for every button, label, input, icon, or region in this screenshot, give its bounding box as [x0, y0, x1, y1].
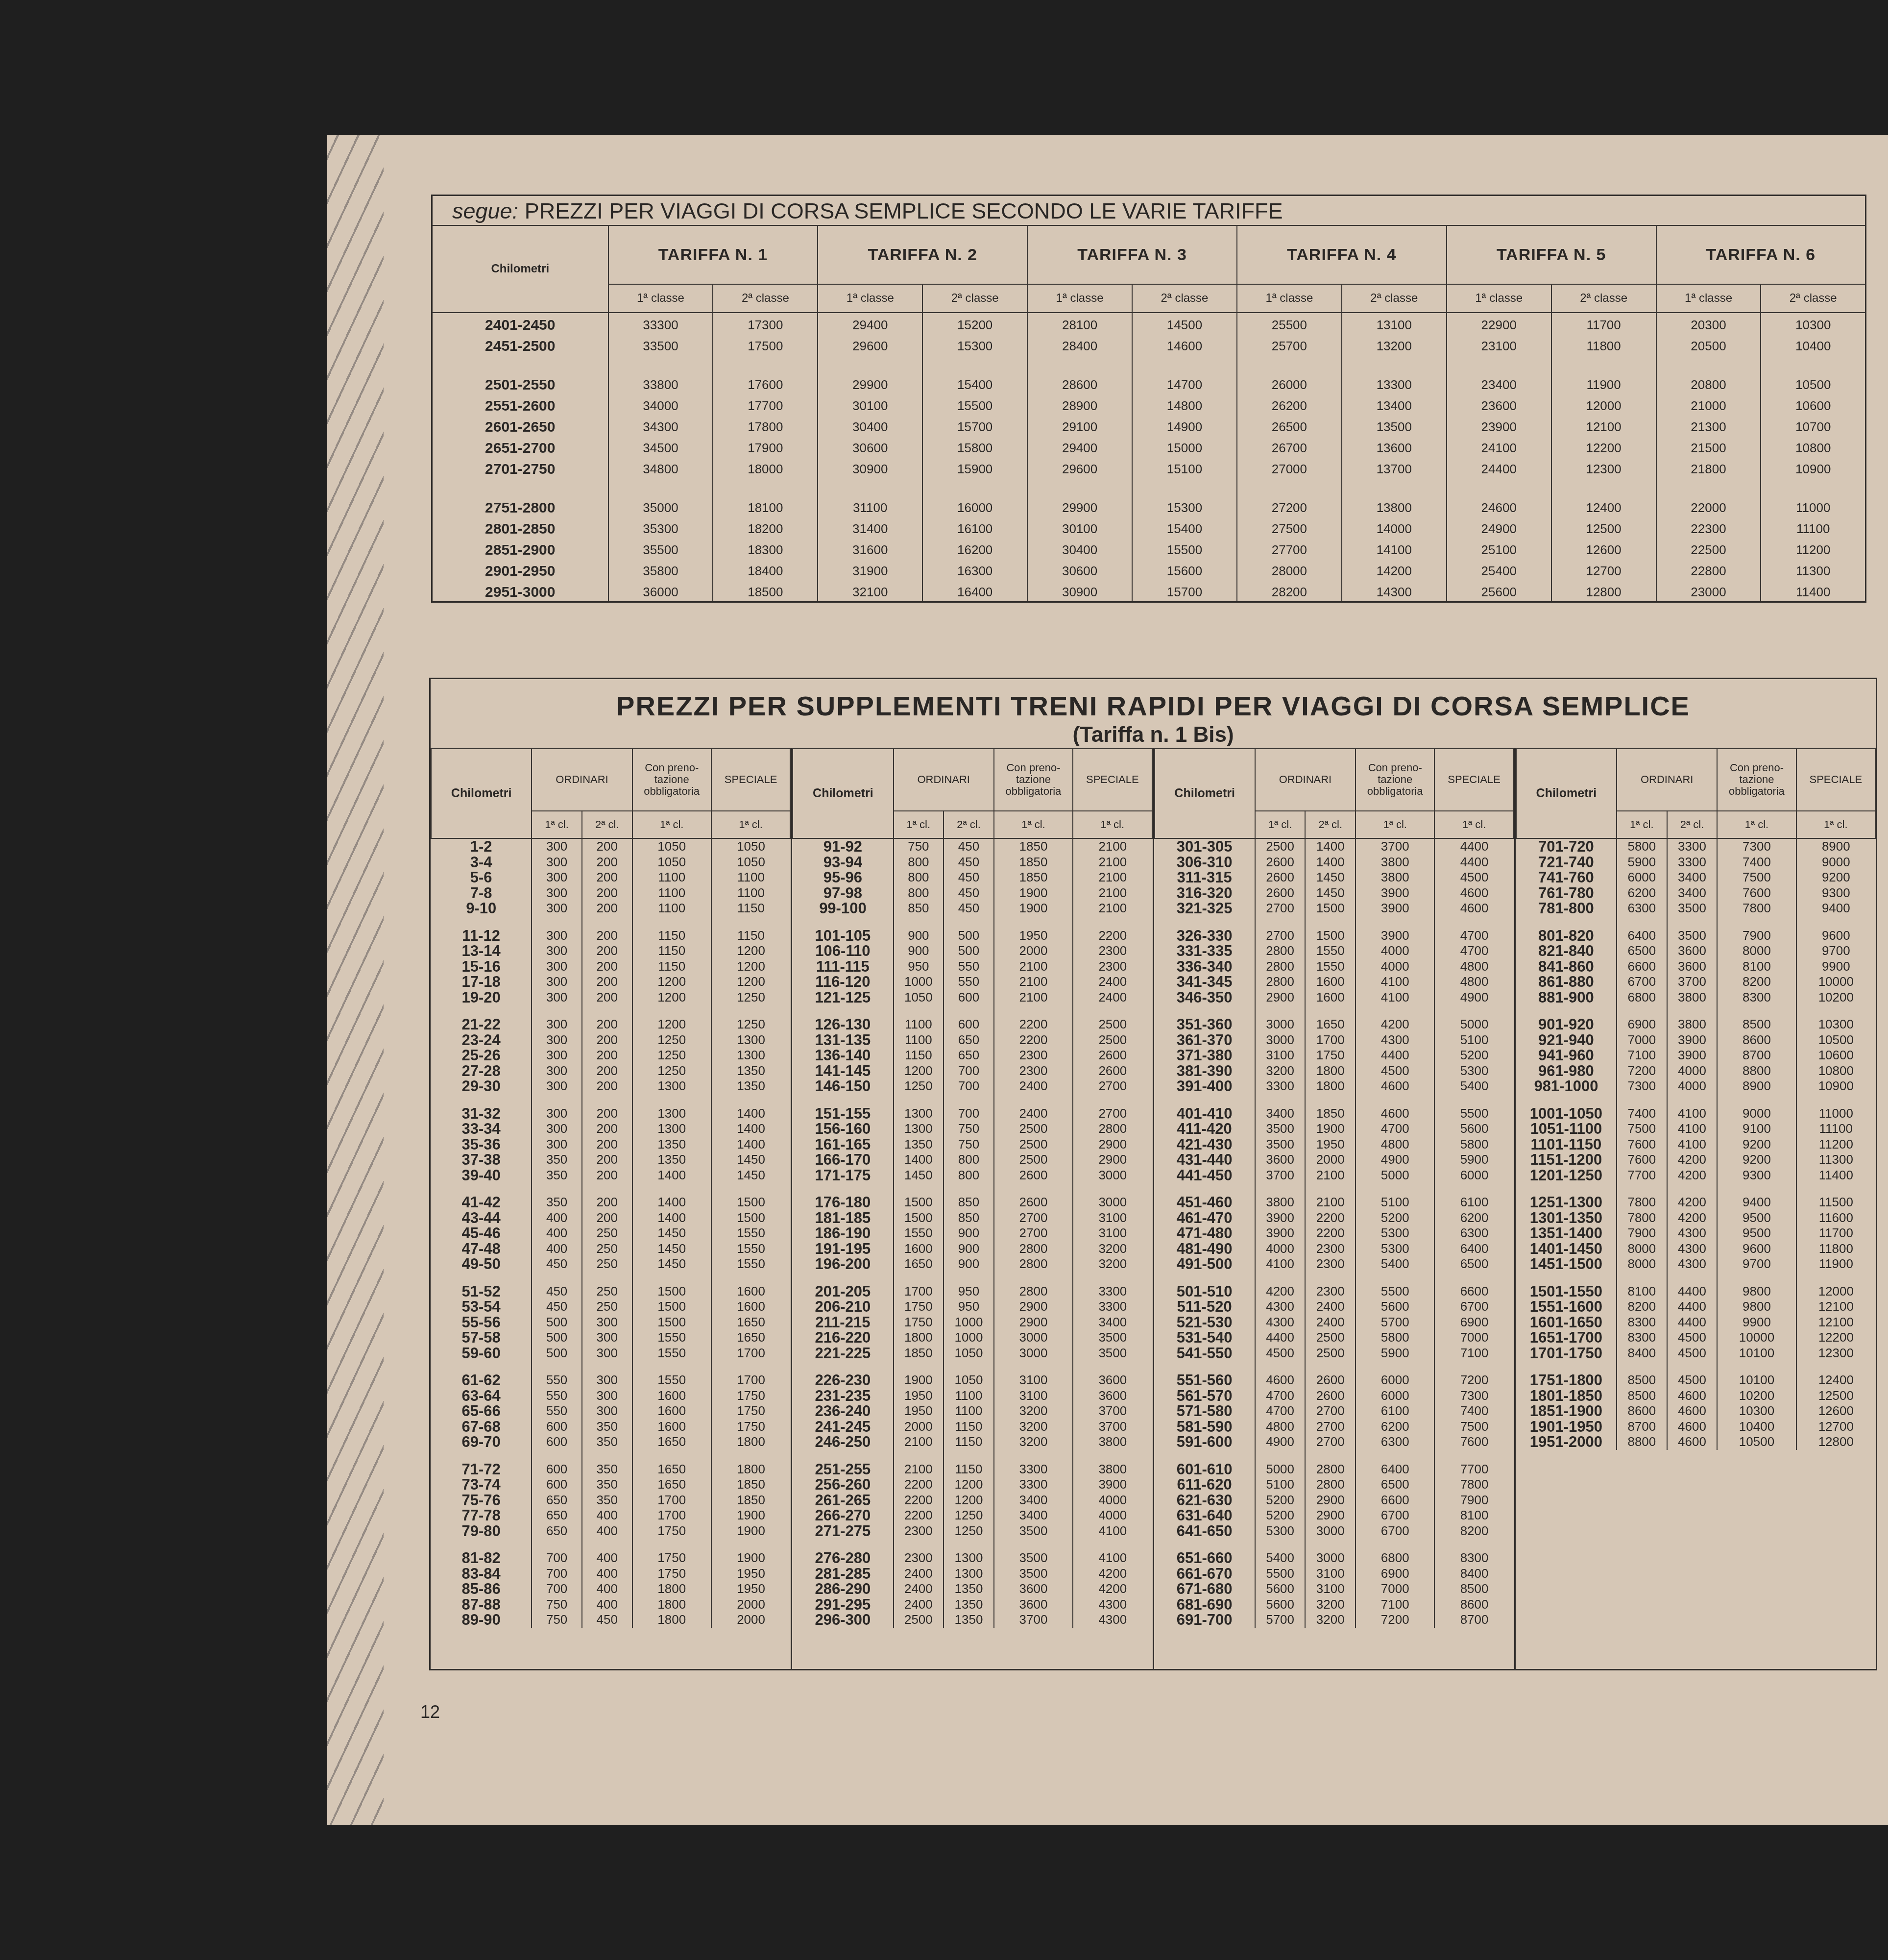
price-cell: 1350: [894, 1137, 944, 1152]
price-cell: 900: [944, 1225, 994, 1241]
km-range: 341-345: [1155, 974, 1255, 990]
km-range: 59-60: [431, 1346, 532, 1361]
price-cell: 31900: [818, 559, 922, 580]
price-cell: 200: [582, 990, 632, 1005]
price-cell: 3700: [994, 1612, 1073, 1628]
km-range: 211-215: [793, 1315, 893, 1330]
price-cell: 7600: [1434, 1434, 1513, 1450]
price-cell: 7600: [1717, 885, 1796, 901]
price-cell: 750: [894, 838, 944, 855]
price-cell: 1200: [632, 990, 711, 1005]
km-range: 316-320: [1155, 885, 1255, 901]
price-cell: 6700: [1355, 1523, 1434, 1539]
table-row: 611-6205100280065007800: [1155, 1477, 1514, 1493]
price-cell: 4800: [1255, 1419, 1306, 1435]
price-cell: 450: [944, 885, 994, 901]
price-cell: 1900: [894, 1372, 944, 1388]
table-row: 141-145120070023002600: [793, 1063, 1152, 1079]
price-cell: 13700: [1342, 457, 1447, 478]
price-cell: 15200: [922, 313, 1027, 334]
price-cell: 1400: [632, 1168, 711, 1183]
table-row: 901-92069003800850010300: [1516, 1017, 1875, 1032]
price-cell: 1100: [711, 870, 790, 885]
table-row: 761-7806200340076009300: [1516, 885, 1875, 901]
price-cell: 12000: [1796, 1284, 1875, 1299]
price-cell: 1500: [894, 1195, 944, 1210]
ordinari-header: ORDINARI: [532, 748, 632, 811]
table-row: 1601-165083004400990012100: [1516, 1315, 1875, 1330]
table-row: 1851-1900860046001030012600: [1516, 1403, 1875, 1419]
table-row: 81-8270040017501900: [431, 1550, 790, 1566]
km-range: 191-195: [793, 1241, 893, 1257]
table-row: 156-160130075025002800: [793, 1121, 1152, 1137]
price-cell: 4400: [1434, 838, 1513, 855]
table-row: 461-4703900220052006200: [1155, 1210, 1514, 1226]
price-cell: 2400: [894, 1597, 944, 1613]
table-row: 226-2301900105031003600: [793, 1372, 1152, 1388]
price-cell: 800: [894, 885, 944, 901]
price-cell: 1400: [1305, 838, 1355, 855]
price-cell: 3600: [1255, 1152, 1306, 1168]
price-cell: 1900: [711, 1523, 790, 1539]
price-cell: 29600: [818, 334, 922, 355]
km-range: 87-88: [431, 1597, 532, 1613]
price-cell: 200: [582, 1078, 632, 1094]
km-range: 27-28: [431, 1063, 532, 1079]
price-cell: 2600: [1305, 1372, 1355, 1388]
price-cell: 4000: [1355, 959, 1434, 975]
table-row: 17-1830020012001200: [431, 974, 790, 990]
table-row: 271-2752300125035004100: [793, 1523, 1152, 1539]
price-cell: 15900: [922, 457, 1027, 478]
price-cell: 300: [532, 959, 582, 975]
km-range: 33-34: [431, 1121, 532, 1137]
price-cell: 2900: [994, 1315, 1073, 1330]
price-cell: 10000: [1717, 1330, 1796, 1346]
price-cell: 1950: [1305, 1137, 1355, 1152]
price-cell: 1750: [1305, 1048, 1355, 1063]
table-row: 151-155130070024002700: [793, 1106, 1152, 1122]
table-row: 23-2430020012501300: [431, 1032, 790, 1048]
table-row: 2801-28503530018200314001610030100154002…: [432, 517, 1866, 538]
price-cell: 2700: [1255, 928, 1306, 944]
price-cell: 4100: [1667, 1106, 1718, 1122]
price-cell: 2700: [1073, 1078, 1152, 1094]
price-cell: 15300: [922, 334, 1027, 355]
table-row: 91-9275045018502100: [793, 838, 1152, 855]
price-cell: 4800: [1355, 1137, 1434, 1152]
price-cell: 12500: [1551, 517, 1656, 538]
price-cell: 8600: [1717, 1032, 1796, 1048]
km-range: 241-245: [793, 1419, 893, 1435]
price-cell: 3300: [994, 1477, 1073, 1493]
price-cell: 4500: [1667, 1372, 1718, 1388]
price-cell: 950: [944, 1284, 994, 1299]
table-row: 31-3230020013001400: [431, 1106, 790, 1122]
price-cell: 600: [532, 1462, 582, 1477]
table-row: 251-2552100115033003800: [793, 1462, 1152, 1477]
price-cell: 6700: [1355, 1508, 1434, 1523]
price-cell: 9600: [1717, 1241, 1796, 1257]
price-cell: 1550: [711, 1241, 790, 1257]
price-cell: 1350: [944, 1612, 994, 1628]
price-cell: 3400: [994, 1493, 1073, 1508]
price-cell: 550: [944, 974, 994, 990]
price-cell: 3300: [994, 1462, 1073, 1477]
price-cell: 1550: [632, 1346, 711, 1361]
km-range: 45-46: [431, 1225, 532, 1241]
price-cell: 1600: [1305, 974, 1355, 990]
table-row: 181-185150085027003100: [793, 1210, 1152, 1226]
price-cell: 9800: [1717, 1284, 1796, 1299]
price-cell: 4600: [1355, 1106, 1434, 1122]
price-cell: 3900: [1355, 885, 1434, 901]
price-cell: 8600: [1617, 1403, 1667, 1419]
first-class-header: 1ª cl.: [1617, 811, 1667, 838]
price-cell: 10300: [1761, 313, 1865, 334]
km-range: 1151-1200: [1516, 1152, 1617, 1168]
km-range: 231-235: [793, 1388, 893, 1404]
table-row: 881-90068003800830010200: [1516, 990, 1875, 1005]
price-cell: 6000: [1355, 1388, 1434, 1404]
price-cell: 2000: [711, 1612, 790, 1628]
price-cell: 20300: [1656, 313, 1761, 334]
price-cell: 25700: [1237, 334, 1342, 355]
price-cell: 800: [944, 1152, 994, 1168]
km-range: 85-86: [431, 1581, 532, 1597]
price-cell: 4400: [1255, 1330, 1306, 1346]
price-cell: 14700: [1132, 373, 1237, 394]
table-row: 196-200165090028003200: [793, 1256, 1152, 1272]
price-cell: 4200: [1667, 1195, 1718, 1210]
price-cell: 2500: [894, 1612, 944, 1628]
price-cell: 200: [582, 1106, 632, 1122]
km-range: 741-760: [1516, 870, 1617, 885]
km-range: 671-680: [1155, 1581, 1255, 1597]
price-cell: 2400: [1305, 1315, 1355, 1330]
km-range: 2401-2450: [432, 313, 608, 334]
price-cell: 250: [582, 1256, 632, 1272]
price-cell: 7100: [1434, 1346, 1513, 1361]
price-cell: 4100: [1255, 1256, 1306, 1272]
price-cell: 24400: [1447, 457, 1551, 478]
price-cell: 3000: [994, 1346, 1073, 1361]
table-row: 671-6805600310070008500: [1155, 1581, 1514, 1597]
price-cell: 3400: [1667, 870, 1718, 885]
km-range: 2651-2700: [432, 436, 608, 457]
table-row: 261-2652200120034004000: [793, 1493, 1152, 1508]
price-cell: 700: [944, 1078, 994, 1094]
price-cell: 6200: [1617, 885, 1667, 901]
km-range: 146-150: [793, 1078, 893, 1094]
price-cell: 8800: [1617, 1434, 1667, 1450]
price-cell: 850: [894, 901, 944, 916]
price-cell: 2500: [1305, 1330, 1355, 1346]
price-cell: 4100: [1073, 1523, 1152, 1539]
price-cell: 1650: [632, 1462, 711, 1477]
km-header: Chilometri: [793, 748, 893, 838]
price-cell: 30100: [1027, 517, 1132, 538]
ordinari-header: ORDINARI: [894, 748, 994, 811]
price-cell: 13800: [1342, 496, 1447, 517]
price-cell: 5000: [1355, 1168, 1434, 1183]
price-cell: 1350: [711, 1063, 790, 1079]
price-cell: 11100: [1796, 1121, 1875, 1137]
table-row: 35-3630020013501400: [431, 1137, 790, 1152]
table-row: 491-5004100230054006500: [1155, 1256, 1514, 1272]
table-row: 63-6455030016001750: [431, 1388, 790, 1404]
first-class-header: 1ª cl.: [1355, 811, 1434, 838]
km-range: 981-1000: [1516, 1078, 1617, 1094]
price-cell: 800: [894, 870, 944, 885]
price-cell: 2700: [994, 1225, 1073, 1241]
table-row: 146-150125070024002700: [793, 1078, 1152, 1094]
price-cell: 9100: [1717, 1121, 1796, 1137]
price-cell: 5100: [1434, 1032, 1513, 1048]
second-class-header: 2ª classe: [922, 284, 1027, 313]
table-row: 801-8206400350079009600: [1516, 928, 1875, 944]
price-cell: 4000: [1255, 1241, 1306, 1257]
price-cell: 4200: [1355, 1017, 1434, 1032]
km-range: 571-580: [1155, 1403, 1255, 1419]
price-cell: 21500: [1656, 436, 1761, 457]
price-cell: 1150: [944, 1434, 994, 1450]
table-row: 391-4003300180046005400: [1155, 1078, 1514, 1094]
km-range: 71-72: [431, 1462, 532, 1477]
price-cell: 7000: [1617, 1032, 1667, 1048]
price-cell: 450: [532, 1256, 582, 1272]
price-cell: 650: [532, 1523, 582, 1539]
table-row: 821-8406500360080009700: [1516, 943, 1875, 959]
price-cell: 10200: [1717, 1388, 1796, 1404]
km-header: Chilometri: [1155, 748, 1255, 838]
price-cell: 3500: [994, 1550, 1073, 1566]
price-cell: 4100: [1667, 1137, 1718, 1152]
first-class-header: 1ª classe: [1027, 284, 1132, 313]
price-cell: 400: [582, 1550, 632, 1566]
price-cell: 1150: [632, 943, 711, 959]
km-range: 1951-2000: [1516, 1434, 1617, 1450]
price-cell: 15300: [1132, 496, 1237, 517]
price-cell: 2800: [994, 1256, 1073, 1272]
price-cell: 11200: [1796, 1137, 1875, 1152]
price-cell: 400: [582, 1523, 632, 1539]
second-class-header: 2ª classe: [1551, 284, 1656, 313]
km-range: 41-42: [431, 1195, 532, 1210]
km-range: 531-540: [1155, 1330, 1255, 1346]
supplement-subtitle: (Tariffa n. 1 Bis): [431, 723, 1876, 747]
table-row: 431-4403600200049005900: [1155, 1152, 1514, 1168]
price-cell: 1500: [894, 1210, 944, 1226]
table-row: 701-7205800330073008900: [1516, 838, 1875, 855]
price-cell: 650: [944, 1048, 994, 1063]
price-cell: 8300: [1617, 1330, 1667, 1346]
km-range: 176-180: [793, 1195, 893, 1210]
price-cell: 3700: [1073, 1403, 1152, 1419]
price-cell: 1750: [632, 1523, 711, 1539]
price-cell: 1550: [632, 1372, 711, 1388]
price-cell: 5700: [1255, 1612, 1306, 1628]
table-row: 89-9075045018002000: [431, 1612, 790, 1628]
price-cell: 300: [532, 1137, 582, 1152]
km-range: 1051-1100: [1516, 1121, 1617, 1137]
km-range: 1651-1700: [1516, 1330, 1617, 1346]
price-cell: 12100: [1551, 415, 1656, 436]
price-cell: 6000: [1355, 1372, 1434, 1388]
price-cell: 1450: [1305, 870, 1355, 885]
price-cell: 29400: [1027, 436, 1132, 457]
price-cell: 300: [532, 838, 582, 855]
price-cell: 1950: [711, 1581, 790, 1597]
price-cell: 1150: [711, 928, 790, 944]
price-cell: 3200: [994, 1419, 1073, 1435]
km-range: 126-130: [793, 1017, 893, 1032]
price-cell: 1100: [894, 1017, 944, 1032]
price-cell: 750: [532, 1612, 582, 1628]
price-cell: 3400: [1255, 1106, 1306, 1122]
price-cell: 300: [582, 1403, 632, 1419]
table-row: 186-190155090027003100: [793, 1225, 1152, 1241]
price-cell: 7600: [1617, 1137, 1667, 1152]
km-range: 401-410: [1155, 1106, 1255, 1122]
price-cell: 2700: [1305, 1434, 1355, 1450]
table-row: 43-4440020014001500: [431, 1210, 790, 1226]
table-row: 421-4303500195048005800: [1155, 1137, 1514, 1152]
km-range: 621-630: [1155, 1493, 1255, 1508]
price-cell: 6200: [1355, 1419, 1434, 1435]
price-cell: 4600: [1667, 1388, 1718, 1404]
km-range: 69-70: [431, 1434, 532, 1450]
price-cell: 1200: [711, 943, 790, 959]
price-cell: 28200: [1237, 580, 1342, 602]
price-cell: 2100: [994, 990, 1073, 1005]
table-row: 266-2702200125034004000: [793, 1508, 1152, 1523]
price-cell: 200: [582, 1017, 632, 1032]
price-cell: 12400: [1796, 1372, 1875, 1388]
table-row: 721-7405900330074009000: [1516, 855, 1875, 870]
km-range: 551-560: [1155, 1372, 1255, 1388]
table-row: 19-2030020012001250: [431, 990, 790, 1005]
price-cell: 10100: [1717, 1372, 1796, 1388]
km-range: 2751-2800: [432, 496, 608, 517]
km-range: 581-590: [1155, 1419, 1255, 1435]
price-cell: 1350: [711, 1078, 790, 1094]
price-cell: 2700: [1305, 1403, 1355, 1419]
price-cell: 7800: [1617, 1210, 1667, 1226]
price-cell: 750: [944, 1121, 994, 1137]
table-row: 99-10085045019002100: [793, 901, 1152, 916]
price-cell: 24100: [1447, 436, 1551, 457]
km-range: 471-480: [1155, 1225, 1255, 1241]
price-cell: 6300: [1617, 901, 1667, 916]
km-range: 2701-2750: [432, 457, 608, 478]
price-cell: 950: [944, 1299, 994, 1315]
price-cell: 3100: [1073, 1225, 1152, 1241]
second-class-header: 2ª cl.: [582, 811, 632, 838]
km-range: 11-12: [431, 928, 532, 944]
table-row: 111-11595055021002300: [793, 959, 1152, 975]
price-cell: 3900: [1355, 928, 1434, 944]
price-cell: 1100: [711, 885, 790, 901]
table-row: 1051-110075004100910011100: [1516, 1121, 1875, 1137]
price-cell: 34500: [608, 436, 713, 457]
table-row: 331-3352800155040004700: [1155, 943, 1514, 959]
km-range: 2901-2950: [432, 559, 608, 580]
price-cell: 10400: [1761, 334, 1865, 355]
km-range: 286-290: [793, 1581, 893, 1597]
price-cell: 17900: [713, 436, 818, 457]
price-cell: 2100: [1073, 885, 1152, 901]
price-cell: 10100: [1717, 1346, 1796, 1361]
price-cell: 2700: [1255, 901, 1306, 916]
km-range: 141-145: [793, 1063, 893, 1079]
title-text: PREZZI PER VIAGGI DI CORSA SEMPLICE SECO…: [525, 198, 1283, 223]
price-cell: 15600: [1132, 559, 1237, 580]
km-range: 1301-1350: [1516, 1210, 1617, 1226]
price-cell: 15800: [922, 436, 1027, 457]
price-cell: 3800: [1073, 1462, 1152, 1477]
price-cell: 8200: [1617, 1299, 1667, 1315]
price-cell: 1400: [894, 1152, 944, 1168]
price-cell: 400: [582, 1581, 632, 1597]
supplement-title-block: PREZZI PER SUPPLEMENTI TRENI RAPIDI PER …: [431, 679, 1876, 749]
price-cell: 17700: [713, 394, 818, 415]
km-range: 236-240: [793, 1403, 893, 1419]
price-cell: 2600: [1073, 1048, 1152, 1063]
price-cell: 8200: [1434, 1523, 1513, 1539]
price-cell: 6800: [1617, 990, 1667, 1005]
price-cell: 7500: [1617, 1121, 1667, 1137]
price-cell: 2200: [994, 1032, 1073, 1048]
table-row: 9-1030020011001150: [431, 901, 790, 916]
price-cell: 450: [944, 901, 994, 916]
supplement-table: PREZZI PER SUPPLEMENTI TRENI RAPIDI PER …: [429, 678, 1877, 1670]
table-row: 1501-155081004400980012000: [1516, 1284, 1875, 1299]
price-cell: 1200: [711, 974, 790, 990]
price-cell: 800: [944, 1168, 994, 1183]
price-cell: 250: [582, 1241, 632, 1257]
km-range: 93-94: [793, 855, 893, 870]
km-range: 1351-1400: [1516, 1225, 1617, 1241]
price-cell: 3900: [1667, 1048, 1718, 1063]
price-cell: 4500: [1667, 1346, 1718, 1361]
price-cell: 4300: [1073, 1597, 1152, 1613]
price-cell: 11900: [1796, 1256, 1875, 1272]
km-range: 47-48: [431, 1241, 532, 1257]
price-cell: 300: [532, 943, 582, 959]
price-cell: 1750: [894, 1315, 944, 1330]
price-cell: 12800: [1796, 1434, 1875, 1450]
price-cell: 23400: [1447, 373, 1551, 394]
page-number: 12: [420, 1702, 440, 1722]
price-cell: 7100: [1355, 1597, 1434, 1613]
price-cell: 7700: [1617, 1168, 1667, 1183]
km-range: 99-100: [793, 901, 893, 916]
km-range: 25-26: [431, 1048, 532, 1063]
price-cell: 3600: [1073, 1372, 1152, 1388]
price-cell: 3700: [1667, 974, 1718, 990]
price-cell: 500: [532, 1330, 582, 1346]
price-cell: 1800: [711, 1462, 790, 1477]
price-cell: 28400: [1027, 334, 1132, 355]
table-row: 1451-150080004300970011900: [1516, 1256, 1875, 1272]
supplement-block-1: ChilometriORDINARICon preno- tazione obb…: [431, 748, 792, 1669]
price-cell: 1950: [994, 928, 1073, 944]
price-cell: 1500: [1305, 901, 1355, 916]
table-row: 206-210175095029003300: [793, 1299, 1152, 1315]
price-cell: 300: [582, 1315, 632, 1330]
first-class-header: 1ª cl.: [632, 811, 711, 838]
